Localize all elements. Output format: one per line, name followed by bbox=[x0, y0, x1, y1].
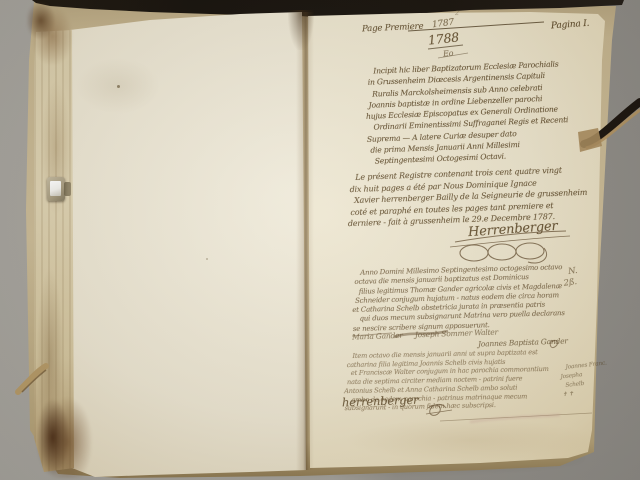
year-note: Eo bbox=[443, 49, 454, 59]
gutter-top-shadow bbox=[288, 10, 314, 50]
corner-mark: 2 bbox=[455, 9, 459, 17]
clasp-slot bbox=[64, 182, 71, 196]
ink-speck bbox=[206, 258, 208, 260]
registrar-signature: herrenberger bbox=[342, 393, 419, 410]
struck-witness-name: Maria Gander bbox=[352, 331, 403, 342]
entry1-paragraph: Anno Domini Millesimo Septingentesimo oc… bbox=[351, 263, 565, 334]
entry2-margin-note: Joannes Franc.JosephaSchelb✝ ✝ bbox=[556, 359, 610, 400]
ink-speck bbox=[117, 85, 120, 88]
photograph-background: Page Premiere 1787 1788 Eo 2 Pagina I. I… bbox=[0, 0, 640, 480]
margin-note-line: N. bbox=[567, 266, 578, 278]
intro-paragraph: Incipit hic liber Baptizatorum Ecclesiæ … bbox=[364, 58, 570, 167]
entry1-margin-note: N.2ß. bbox=[559, 266, 580, 290]
metal-clasp-highlight bbox=[50, 181, 61, 196]
worn-corner-bottom-left bbox=[24, 388, 96, 478]
year-1788: 1788 bbox=[427, 29, 459, 47]
worn-corner-top-left bbox=[27, 2, 73, 64]
margin-note-line: 2ß. bbox=[563, 277, 580, 290]
page-gutter bbox=[296, 12, 314, 470]
